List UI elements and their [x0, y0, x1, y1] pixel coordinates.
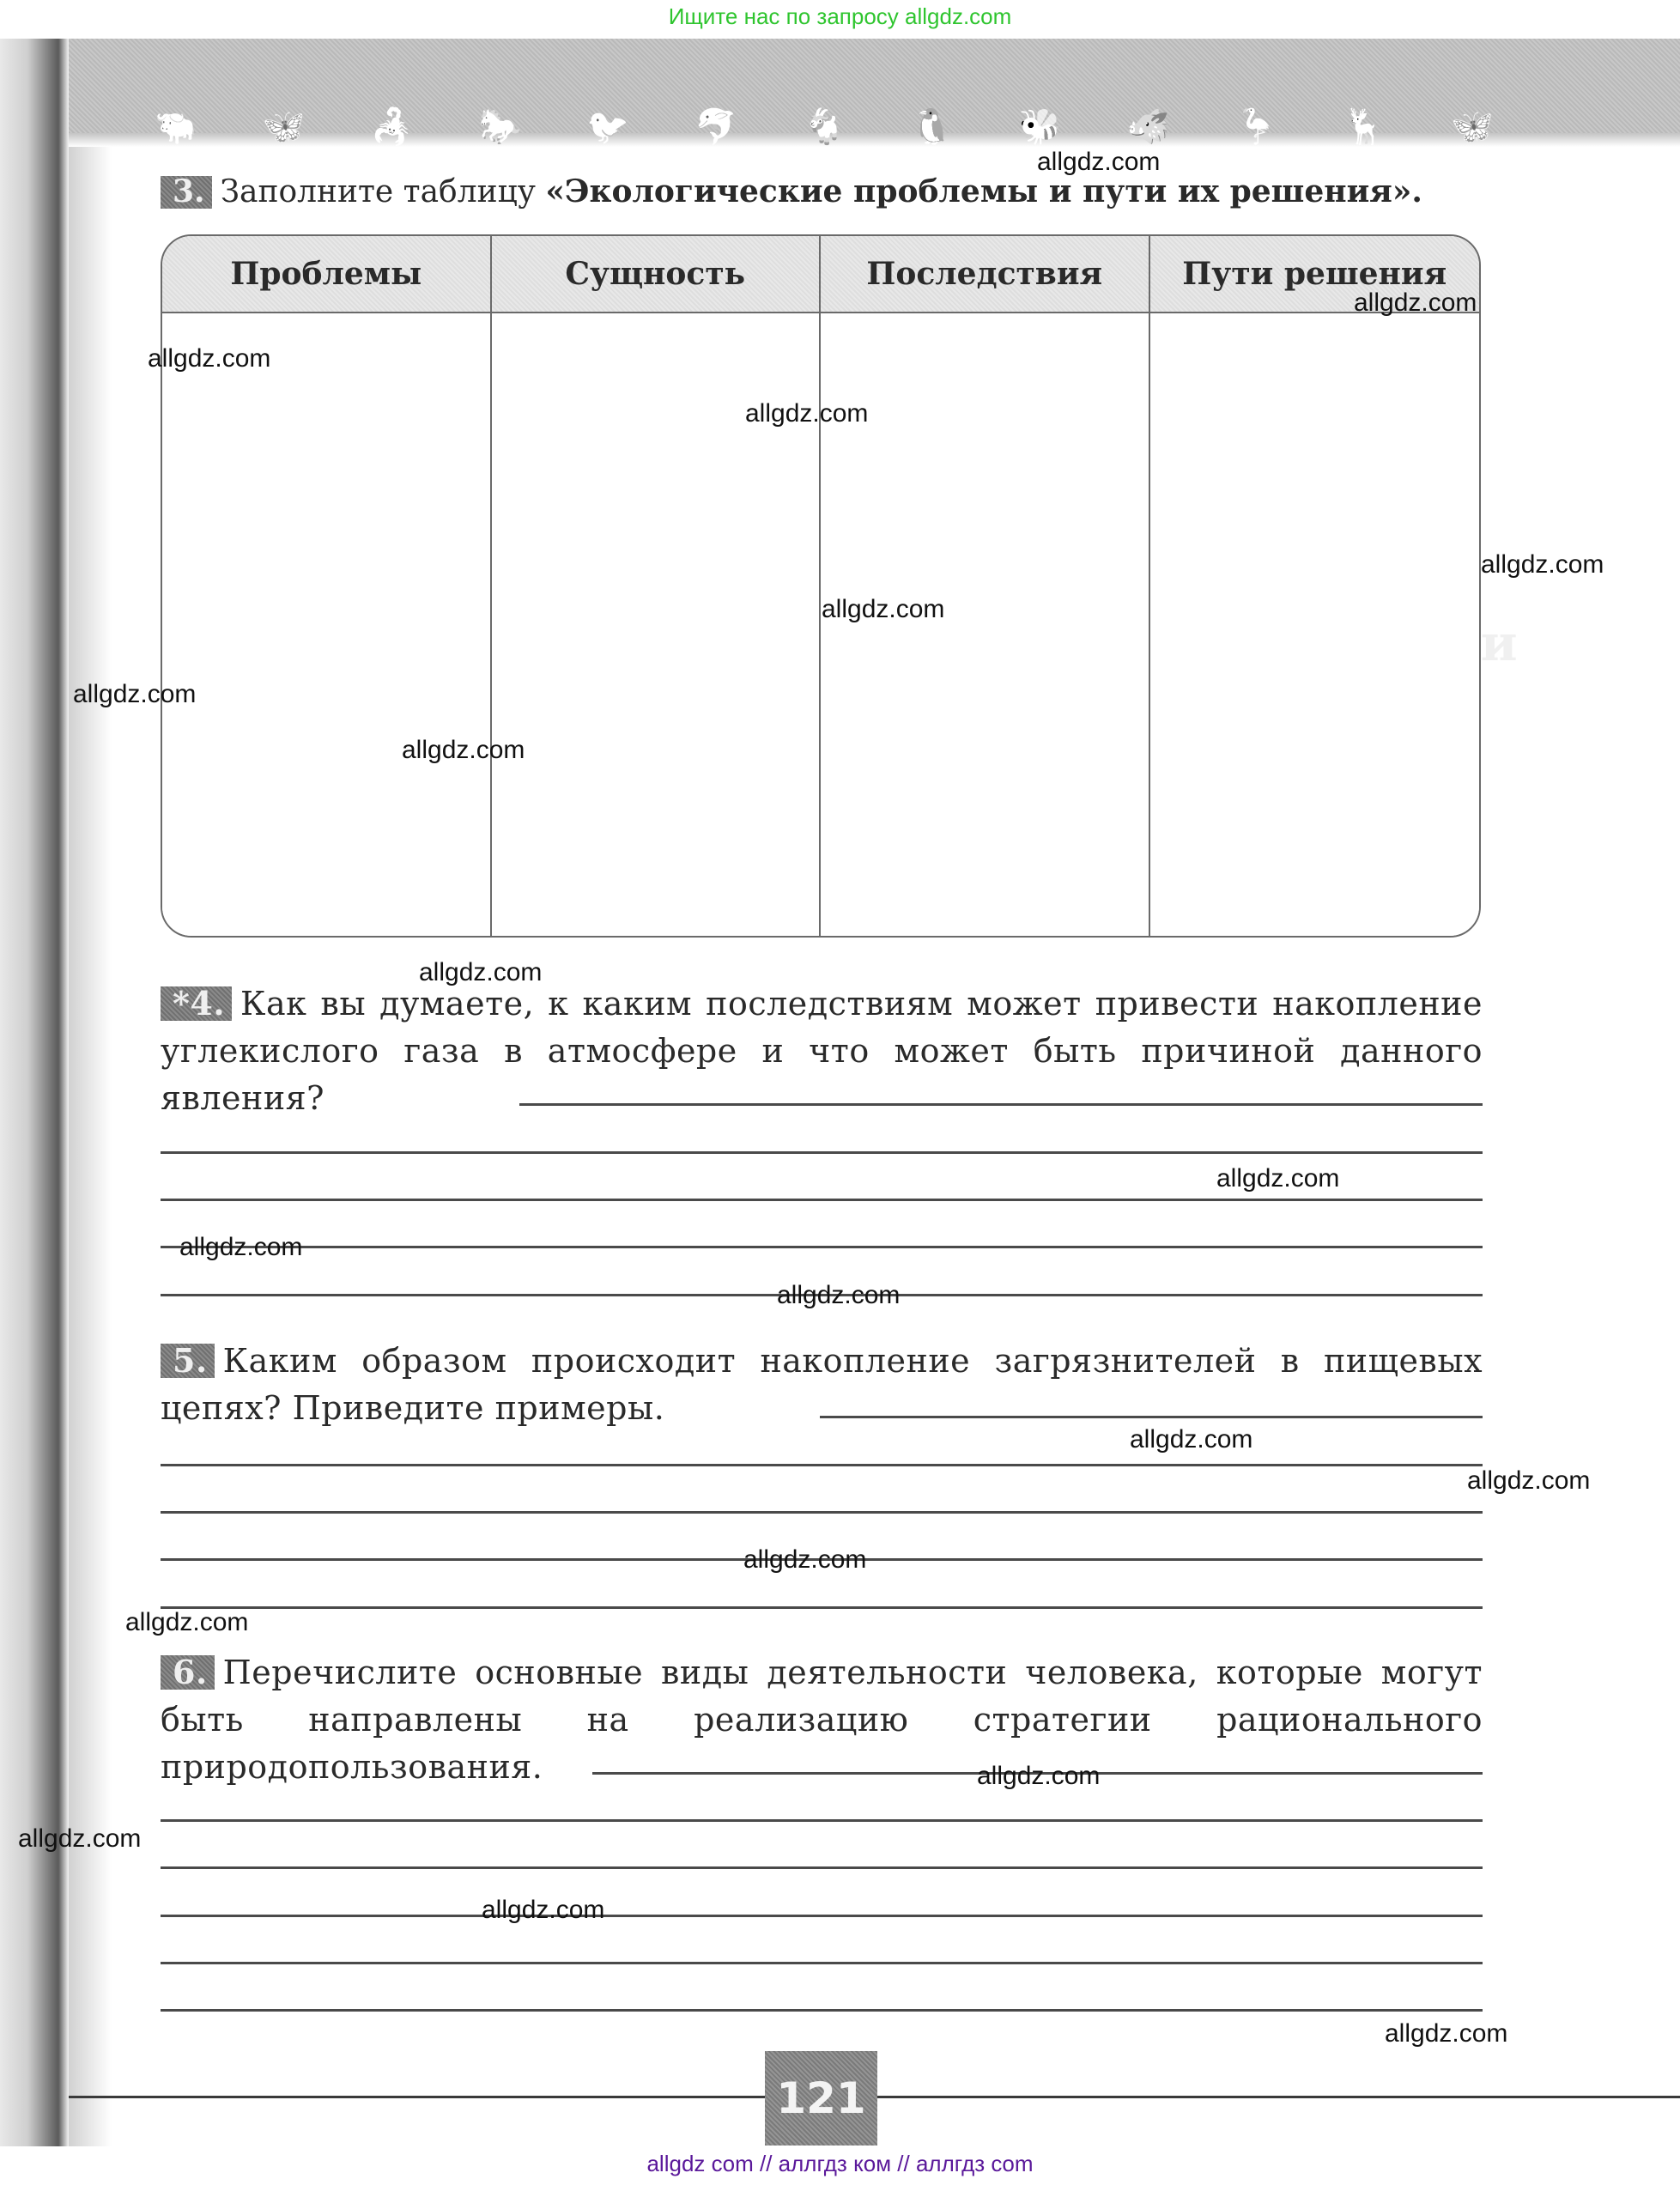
watermark: allgdz.com [1481, 550, 1604, 580]
watermark: allgdz.com [73, 680, 196, 709]
task3-number-badge: 3. [161, 176, 212, 209]
task5-answer-line[interactable] [161, 1464, 1483, 1466]
col-header-problems: Проблемы [162, 236, 492, 313]
bison-icon: 🐃 [155, 110, 197, 144]
task4-prompt: *4.Как вы думаете, к каким последствиям … [161, 980, 1483, 1122]
cell-solutions[interactable] [1150, 313, 1480, 936]
task6-number-badge: 6. [161, 1655, 215, 1690]
task6-answer-line[interactable] [161, 1962, 1483, 1964]
task5-answer-line[interactable] [161, 1606, 1483, 1609]
watermark: allgdz.com [1385, 2019, 1507, 2048]
horse-icon: 🐎 [479, 110, 522, 144]
col-header-essence: Сущность [492, 236, 822, 313]
insect-icon: 🐝 [1019, 110, 1062, 144]
task4-answer-line[interactable] [519, 1103, 1483, 1106]
task5-answer-line[interactable] [820, 1416, 1483, 1418]
task3-text: Заполните таблицу [221, 174, 546, 209]
cell-problems[interactable] [162, 313, 492, 936]
task5-answer-line[interactable] [161, 1511, 1483, 1514]
swallow-icon: 🐦 [586, 110, 629, 144]
watermark: allgdz.com [1037, 148, 1160, 177]
task4-answer-line[interactable] [161, 1246, 1483, 1248]
task4-answer-line[interactable] [161, 1151, 1483, 1154]
task3-prompt: 3.Заполните таблицу «Экологические пробл… [161, 173, 1483, 209]
page-number: 121 [765, 2051, 877, 2146]
watermark: allgdz.com [148, 344, 270, 373]
watermark: allgdz.com [1216, 1164, 1339, 1193]
footer-links: allgdz com // аллгдз ком // аллгдз com [0, 2151, 1680, 2177]
heron-icon: 🦩 [1234, 110, 1277, 144]
watermark: allgdz.com [402, 736, 525, 765]
watermark: allgdz.com [977, 1762, 1100, 1791]
watermark: allgdz.com [179, 1233, 302, 1262]
watermark: allgdz.com [777, 1281, 900, 1310]
task4-text: Как вы думаете, к каким последствиям мож… [161, 985, 1483, 1117]
animal-silhouettes-row: 🐃🦋🦂🐎🐦🐬🐐🐧🐝🐗🦩🦌🦋 [155, 96, 1494, 144]
watermark: allgdz.com [745, 399, 868, 428]
task4-number-badge: *4. [161, 986, 232, 1021]
dolphin-icon: 🐬 [694, 110, 737, 144]
butterfly-icon: 🦋 [1451, 110, 1494, 144]
task6-text: Перечислите основные виды деятельности ч… [161, 1654, 1483, 1786]
watermark: allgdz.com [822, 595, 944, 624]
goat-icon: 🐐 [803, 110, 846, 144]
watermark: allgdz.com [1130, 1425, 1252, 1454]
task6-prompt: 6.Перечислите основные виды деятельности… [161, 1649, 1483, 1791]
ecology-problems-table: Проблемы Сущность Последствия Пути решен… [161, 234, 1481, 938]
watermark: allgdz.com [419, 958, 542, 987]
col-header-consequences: Последствия [821, 236, 1150, 313]
task6-answer-line[interactable] [161, 2009, 1483, 2012]
cell-consequences[interactable] [821, 313, 1150, 936]
search-banner: Ищите нас по запросу allgdz.com [0, 3, 1680, 30]
task5-number-badge: 5. [161, 1344, 215, 1378]
watermark: allgdz.com [125, 1608, 248, 1637]
butterfly-icon: 🦋 [263, 110, 306, 144]
task6-answer-line[interactable] [161, 1819, 1483, 1822]
task5-text: Каким образом происходит накопление загр… [161, 1342, 1483, 1427]
task4-answer-line[interactable] [161, 1199, 1483, 1201]
watermark: allgdz.com [1354, 288, 1477, 318]
scorpion-icon: 🦂 [371, 110, 414, 144]
watermark: allgdz.com [743, 1545, 866, 1575]
task6-answer-line[interactable] [161, 1866, 1483, 1869]
watermark: allgdz.com [18, 1824, 141, 1854]
boar-icon: 🐗 [1127, 110, 1170, 144]
task6-answer-line[interactable] [161, 1915, 1483, 1917]
watermark: allgdz.com [482, 1896, 604, 1925]
watermark: allgdz.com [1467, 1466, 1590, 1496]
bird-icon: 🐧 [911, 110, 954, 144]
task3-table-title: «Экологические проблемы и пути их решени… [545, 173, 1422, 209]
antelope-icon: 🦌 [1343, 110, 1386, 144]
